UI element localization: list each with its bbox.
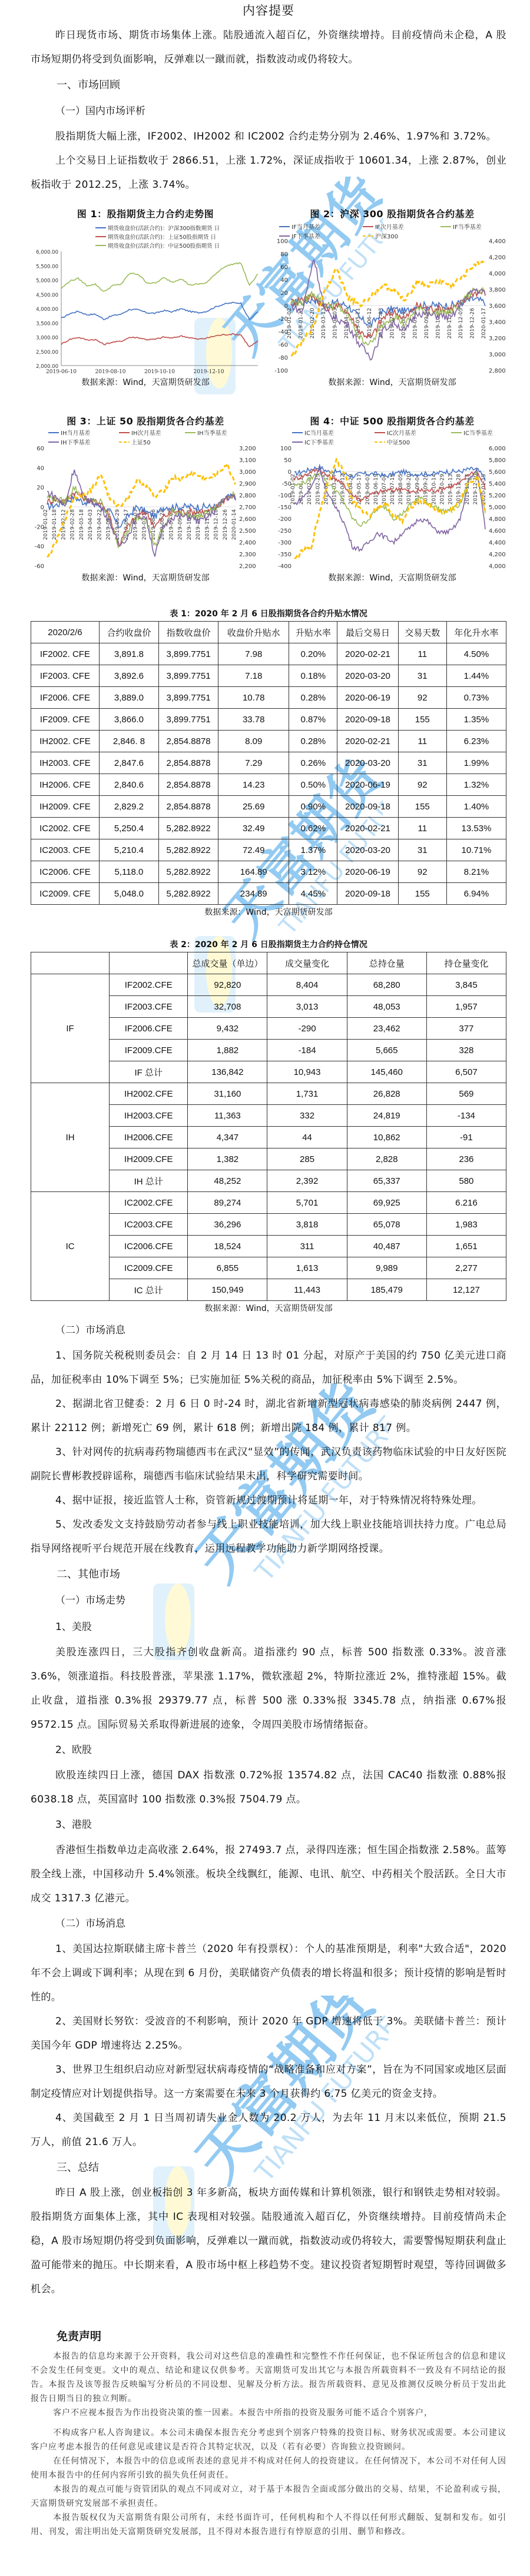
series-line: [291, 260, 485, 360]
svg-text:6,000.00: 6,000.00: [36, 250, 58, 255]
table-cell: -134: [426, 1105, 506, 1127]
table-cell: 2020-09-18: [337, 796, 398, 818]
series-line: [61, 334, 258, 347]
table-cell: 2020-02-21: [337, 643, 398, 665]
table-cell: 3,891.8: [99, 643, 158, 665]
svg-text:100: 100: [280, 446, 291, 452]
table-row: IH2003. CFE2,847.62,854.88787.290.26%202…: [31, 752, 506, 774]
table-cell: 2020-09-18: [337, 709, 398, 731]
chart-3: 图 3：上证 50 股指期货各合约基差 IH当月基差IH次月基差IH当季基差IH…: [31, 414, 260, 587]
table-cell: 3,845: [426, 974, 506, 996]
us-stocks-paragraph: 美股连涨四日，三大股指齐创收盘新高。道指涨约 90 点，标普 500 指数涨 0…: [31, 1641, 506, 1737]
table-1-source: 数据来源：Wind，天富期货研发部: [31, 905, 506, 921]
table-cell: IC2006.CFE: [110, 1236, 188, 1257]
legend-label: IF次月基差: [375, 223, 404, 231]
table-cell: 0.62%: [289, 818, 337, 839]
svg-text:4,400: 4,400: [489, 238, 506, 245]
legend-label: IF当季基差: [453, 223, 482, 231]
table-cell: IC2009. CFE: [31, 883, 100, 905]
disclaimer-paragraph: 在任何情况下，本报告中的信息或所表述的意见并不构成对任何人的投资建议。在任何情况…: [31, 2454, 506, 2482]
table-cell: 6.23%: [446, 731, 506, 752]
table-header-row: 2020/2/6合约收盘价指数收盘价收盘价升贴水升贴水率最后交易日交易天数年化升…: [31, 622, 506, 643]
svg-text:2019-03-13: 2019-03-13: [321, 308, 327, 338]
svg-text:5,200: 5,200: [489, 493, 506, 499]
table-cell: 3,899.7751: [159, 687, 218, 709]
table-cell: 5,665: [347, 1040, 426, 1061]
disclaimer-paragraph: 本报告的观点可能与资管团队的观点不同或对立，对于基于本报告全面或部分做出的交易、…: [31, 2482, 506, 2511]
international-news-list: 1、美国达拉斯联储主席卡普兰（2020 年有投票权）：个人的基准预期是，利率"大…: [31, 1937, 506, 2155]
table-cell: 5,210.4: [99, 839, 158, 861]
table-row: IC2002. CFE5,250.45,282.892232.490.62%20…: [31, 818, 506, 839]
column-header: 指数收盘价: [159, 622, 218, 643]
legend-label: 期货收盘价(活跃合约)：中证500股指期货 日: [108, 243, 220, 250]
table-cell: 328: [426, 1040, 506, 1061]
table-cell: 0.20%: [289, 643, 337, 665]
svg-text:2019-06-19: 2019-06-19: [373, 474, 379, 505]
table-cell: 2,847.6: [99, 752, 158, 774]
table-cell: 2,854.8878: [159, 752, 218, 774]
news-item: 1、美国达拉斯联储主席卡普兰（2020 年有投票权）：个人的基准预期是，利率"大…: [31, 1937, 506, 2010]
table-cell: 8.21%: [446, 861, 506, 883]
table-cell: 36,296: [188, 1214, 267, 1236]
chart-title: 图 3：上证 50 股指期货各合约基差: [31, 414, 260, 428]
table-cell: 48,252: [188, 1170, 267, 1192]
table-cell: 9,432: [188, 1018, 267, 1040]
news-item: 2、美国财长努钦：受波音的不利影响，预计 2020 年 GDP 增速将低于 3%…: [31, 2010, 506, 2058]
table-cell: 69,925: [347, 1192, 426, 1214]
legend-label: IC当月基差: [304, 429, 334, 437]
table-cell: 31,160: [188, 1083, 267, 1105]
svg-text:5,800: 5,800: [489, 457, 506, 464]
svg-text:-100: -100: [278, 493, 291, 499]
table-cell: 1.35%: [446, 709, 506, 731]
chart-4-plot: IC当月基差IC次月基差IC当季基差IC下季基差中证500-400-350-30…: [274, 428, 510, 570]
table-cell: 11: [398, 731, 446, 752]
column-header: 年化升水率: [446, 622, 506, 643]
table-cell: 1,651: [426, 1236, 506, 1257]
table-cell: IF2009.CFE: [110, 1040, 188, 1061]
spacer: [31, 2420, 506, 2426]
table-cell: 5,282.8922: [159, 861, 218, 883]
group-label-cell: IH: [31, 1083, 110, 1192]
table-row: IH2009. CFE2,829.22,854.887825.690.90%20…: [31, 796, 506, 818]
svg-text:-100: -100: [274, 368, 288, 374]
table-cell: 2,854.8878: [159, 774, 218, 796]
table-cell: IF2006.CFE: [110, 1018, 188, 1040]
table-cell: 285: [267, 1148, 347, 1170]
svg-text:2019-02-28: 2019-02-28: [70, 509, 76, 540]
column-header: 升贴水率: [289, 622, 337, 643]
svg-text:2,900: 2,900: [239, 481, 256, 487]
index-paragraph: 上个交易日上证指数收于 2866.51，上涨 1.72%，深证成指收于 1060…: [31, 149, 506, 197]
legend-label: 沪深300: [375, 233, 398, 240]
chart-source: 数据来源：Wind，天富期货研发部: [274, 375, 510, 391]
section-heading-market-review: 一、市场回顾: [31, 72, 506, 98]
svg-text:2019-02-25: 2019-02-25: [315, 474, 321, 504]
table-cell: 4,347: [188, 1127, 267, 1148]
series-line: [291, 288, 485, 345]
table-cell: IH2009. CFE: [31, 796, 100, 818]
table-cell: -91: [426, 1127, 506, 1148]
eu-stocks-heading: 2、欧股: [31, 1737, 506, 1764]
svg-text:-40: -40: [35, 544, 44, 550]
svg-text:3,500.00: 3,500.00: [36, 321, 58, 327]
table-cell: IF2002.CFE: [110, 974, 188, 996]
svg-text:20: 20: [37, 485, 44, 492]
table-cell: IH2006. CFE: [31, 774, 100, 796]
open-interest-table: 总成交量（单边）成交量变化总持仓量持仓量变化 IFIF2002.CFE92,82…: [31, 952, 506, 1301]
table-cell: 25.69: [218, 796, 289, 818]
legend-label: IC当季基差: [463, 429, 493, 437]
table-cell: 3,013: [267, 996, 347, 1018]
table-cell: 1,983: [426, 1214, 506, 1236]
column-header: [31, 952, 110, 974]
table-cell: 0.18%: [289, 665, 337, 687]
svg-text:2019-11-13: 2019-11-13: [448, 474, 454, 504]
table-cell: 1.44%: [446, 665, 506, 687]
news-item: 4、据中证报，接近监管人士称，资管新规过渡期预计将延期一年，对于特殊情况将特殊处…: [31, 1489, 506, 1513]
us-stocks-heading: 1、美股: [31, 1614, 506, 1641]
table-cell: 6,855: [188, 1257, 267, 1279]
hk-stocks-paragraph: 香港恒生指数单边走高收涨 2.64%，报 27493.7 点，录得四连涨；恒生国…: [31, 1838, 506, 1911]
column-header: 总持仓量: [347, 952, 426, 974]
table-cell: 185,479: [347, 1279, 426, 1301]
table-cell: 1,731: [267, 1083, 347, 1105]
svg-text:2019-12-05: 2019-12-05: [458, 308, 464, 338]
table-cell: 33.78: [218, 709, 289, 731]
legend-label: 期货收盘价(活跃合约)：上证50股指期货 日: [108, 234, 216, 241]
table-cell: IC2002.CFE: [110, 1192, 188, 1214]
column-header: 总成交量（单边）: [188, 952, 267, 974]
svg-text:2,400: 2,400: [239, 540, 256, 546]
svg-text:2019-01-02: 2019-01-02: [43, 509, 49, 540]
table-cell: 2,829.2: [99, 796, 158, 818]
table-cell: IH2002. CFE: [31, 731, 100, 752]
svg-text:3,200: 3,200: [239, 446, 256, 452]
table-2-title: 表 2：2020 年 2 月 6 日股指期货主力合约持仓情况: [31, 938, 506, 952]
table-row: IH2002. CFE2,846. 82,854.88788.090.28%20…: [31, 731, 506, 752]
table-cell: 4.45%: [289, 883, 337, 905]
table-cell: IC2009.CFE: [110, 1257, 188, 1279]
table-2-source: 数据来源：Wind，天富期货研发部: [31, 1301, 506, 1317]
chart-title: 图 4：中证 500 股指期货各合约基差: [274, 414, 510, 428]
table-cell: 48,053: [347, 996, 426, 1018]
legend-label: 上证50: [131, 439, 151, 446]
svg-text:2,800: 2,800: [489, 368, 506, 374]
table-cell: 8,404: [267, 974, 347, 996]
table-cell: 2020-06-19: [337, 861, 398, 883]
table-cell: 2,828: [347, 1148, 426, 1170]
table-cell: 3,889.0: [99, 687, 158, 709]
legend-label: IC下季基差: [304, 439, 334, 446]
table-cell: 2020-06-19: [337, 774, 398, 796]
summary-paragraph: 昨日现货市场、期货市场集体上涨。陆股通流入超百亿，外资继续增持。目前疫情尚未企稳…: [31, 24, 506, 72]
svg-text:2,200: 2,200: [239, 563, 256, 570]
svg-text:5,000.00: 5,000.00: [36, 278, 58, 284]
table-row: ICIC2002.CFE89,2745,70169,9256.216: [31, 1192, 506, 1214]
svg-text:2019-08-20: 2019-08-20: [406, 474, 412, 505]
svg-text:40: 40: [280, 277, 288, 284]
table-cell: 0.87%: [289, 709, 337, 731]
table-cell: 1,613: [267, 1257, 347, 1279]
chart-2-plot: IF当月基差IF次月基差IF当季基差IF下季基差沪深300-100-80-60-…: [274, 221, 510, 375]
table-cell: 11: [398, 818, 446, 839]
conclusion-paragraph: 昨日 A 股上涨，创业板指创 3 年多新高，板块方面传媒和计算机领涨，银行和钢铁…: [31, 2181, 506, 2302]
svg-text:6,000: 6,000: [489, 446, 506, 452]
table-cell: 11,443: [267, 1279, 347, 1301]
chart-4: 图 4：中证 500 股指期货各合约基差 IC当月基差IC次月基差IC当季基差I…: [274, 414, 510, 587]
table-cell: 26,828: [347, 1083, 426, 1105]
table-cell: 92: [398, 687, 446, 709]
svg-text:4,600: 4,600: [489, 528, 506, 535]
table-cell: 3.12%: [289, 861, 337, 883]
table-cell: IH2003. CFE: [31, 752, 100, 774]
table-row: IF2009. CFE3,866.03,899.775133.780.87%20…: [31, 709, 506, 731]
svg-text:2019-03-18: 2019-03-18: [79, 509, 85, 540]
table-cell: IF 总计: [110, 1061, 188, 1083]
section-heading-summary: 三、总结: [31, 2155, 506, 2181]
svg-text:-60: -60: [279, 342, 288, 348]
table-cell: 1.99%: [446, 752, 506, 774]
legend-label: IF下季基差: [291, 233, 320, 240]
chart-3-plot: IH当月基差IH次月基差IH当季基差IH下季基差上证50-60-40-20020…: [31, 428, 260, 570]
svg-text:3,000: 3,000: [239, 469, 256, 476]
svg-text:2,700: 2,700: [239, 504, 256, 511]
table-cell: 580: [426, 1170, 506, 1192]
table-cell: 65,337: [347, 1170, 426, 1192]
table-cell: 164.89: [218, 861, 289, 883]
table-cell: 155: [398, 796, 446, 818]
table-cell: IH2002.CFE: [110, 1083, 188, 1105]
eu-stocks-paragraph: 欧股连续四日上涨，德国 DAX 指数涨 0.72%报 13574.82 点，法国…: [31, 1764, 506, 1812]
column-header: [110, 952, 188, 974]
table-cell: 3,899.7751: [159, 665, 218, 687]
table-row: IC2006. CFE5,118.05,282.8922164.893.12%2…: [31, 861, 506, 883]
table-row: IHIH2002.CFE31,1601,73126,828569: [31, 1083, 506, 1105]
table-cell: 7.29: [218, 752, 289, 774]
svg-text:20: 20: [280, 290, 288, 297]
chart-title: 图 1：股指期货主力合约走势图: [31, 207, 260, 221]
table-cell: 5,282.8922: [159, 818, 218, 839]
legend-label: IH次月基差: [131, 429, 161, 437]
svg-text:2019-10-10: 2019-10-10: [144, 369, 175, 375]
svg-text:4,400: 4,400: [489, 540, 506, 546]
table-row: IH2006. CFE2,840.62,854.887814.230.50%20…: [31, 774, 506, 796]
svg-text:2019-04-03: 2019-04-03: [88, 509, 94, 540]
table-cell: 0.90%: [289, 796, 337, 818]
svg-text:5,500.00: 5,500.00: [36, 264, 58, 270]
svg-text:-350: -350: [278, 552, 291, 558]
svg-text:2020-01-17: 2020-01-17: [481, 308, 487, 338]
svg-text:3,000: 3,000: [489, 352, 506, 358]
news-item: 2、据湖北省卫健委：2 月 6 日 0 时-24 时，湖北省新增新型冠状病毒感染…: [31, 1392, 506, 1440]
subsection-heading-intl-news: （二）市场消息: [31, 1911, 506, 1937]
table-cell: IH2009.CFE: [110, 1148, 188, 1170]
table-cell: IC 总计: [110, 1279, 188, 1301]
svg-text:2019-08-10: 2019-08-10: [95, 369, 126, 375]
svg-text:2019-04-03: 2019-04-03: [333, 308, 339, 338]
table-cell: 31: [398, 839, 446, 861]
svg-text:-250: -250: [278, 528, 291, 535]
svg-text:2019-07-04: 2019-07-04: [382, 474, 387, 505]
table-cell: 1,882: [188, 1040, 267, 1061]
table-cell: 9,989: [347, 1257, 426, 1279]
table-cell: 68,280: [347, 974, 426, 996]
table-cell: 6.216: [426, 1192, 506, 1214]
table-cell: 3,899.7751: [159, 643, 218, 665]
svg-text:2,500: 2,500: [239, 528, 256, 535]
svg-text:3,400: 3,400: [489, 320, 506, 326]
table-cell: 2,392: [267, 1170, 347, 1192]
table-cell: 13.53%: [446, 818, 506, 839]
table-cell: 2,846. 8: [99, 731, 158, 752]
table-cell: IF2003.CFE: [110, 996, 188, 1018]
svg-text:3,000.00: 3,000.00: [36, 336, 58, 341]
column-header: 合约收盘价: [99, 622, 158, 643]
domestic-news-list: 1、国务院关税税则委员会：自 2 月 14 日 13 时 01 分起，对原产于美…: [31, 1344, 506, 1561]
table-cell: IC2002. CFE: [31, 818, 100, 839]
legend-label: IH当季基差: [197, 429, 227, 437]
table-cell: 40,487: [347, 1236, 426, 1257]
svg-text:3,100: 3,100: [239, 457, 256, 464]
svg-text:2,800: 2,800: [239, 493, 256, 499]
table-cell: 24,819: [347, 1105, 426, 1127]
table-cell: 1.32%: [446, 774, 506, 796]
table-cell: 145,460: [347, 1061, 426, 1083]
chart-title: 图 2：沪深 300 股指期货各合约基差: [274, 207, 510, 221]
table-cell: 6.94%: [446, 883, 506, 905]
table-cell: 377: [426, 1018, 506, 1040]
legend-label: 期货收盘价(活跃合约)：沪深300指数期货 日: [108, 225, 220, 232]
svg-text:80: 80: [280, 251, 288, 258]
table-cell: 0.50%: [289, 774, 337, 796]
table-cell: 5,701: [267, 1192, 347, 1214]
table-cell: IC2006. CFE: [31, 861, 100, 883]
svg-text:4,000: 4,000: [489, 271, 506, 277]
futures-paragraph: 股指期货大幅上涨，IF2002、IH2002 和 IC2002 合约走势分别为 …: [31, 125, 506, 149]
svg-text:4,000: 4,000: [489, 563, 506, 570]
table-cell: 0.28%: [289, 687, 337, 709]
table-cell: 2020-03-20: [337, 752, 398, 774]
table-cell: 4.50%: [446, 643, 506, 665]
subsection-heading-trend: （一）市场走势: [31, 1588, 506, 1614]
table-cell: IH2006.CFE: [110, 1127, 188, 1148]
section-heading-other-markets: 二、其他市场: [31, 1561, 506, 1588]
hk-stocks-heading: 3、港股: [31, 1812, 506, 1838]
table-cell: IF2006. CFE: [31, 687, 100, 709]
table-cell: 1.40%: [446, 796, 506, 818]
page-title: 内容提要: [31, 0, 506, 24]
table-cell: 0.26%: [289, 752, 337, 774]
svg-text:-150: -150: [278, 504, 291, 511]
subsection-heading-news: （二）市场消息: [31, 1317, 506, 1344]
table-cell: 2,277: [426, 1257, 506, 1279]
table-cell: 5,048.0: [99, 883, 158, 905]
table-cell: 1,957: [426, 996, 506, 1018]
svg-text:3,600: 3,600: [489, 303, 506, 310]
group-label-cell: IF: [31, 974, 110, 1083]
legend-label: IH当月基差: [61, 429, 90, 437]
svg-text:4,000.00: 4,000.00: [36, 307, 58, 313]
column-header: 最后交易日: [337, 622, 398, 643]
chart-source: 数据来源：Wind，天富期货研发部: [31, 375, 260, 391]
table-cell: 2,840.6: [99, 774, 158, 796]
legend-label: IC次月基差: [387, 429, 416, 437]
table-cell: 569: [426, 1083, 506, 1105]
svg-text:-60: -60: [35, 563, 44, 570]
table-cell: 6,507: [426, 1061, 506, 1083]
table-cell: 155: [398, 709, 446, 731]
series-line: [61, 302, 258, 320]
column-header: 交易天数: [398, 622, 446, 643]
table-cell: 332: [267, 1105, 347, 1127]
svg-text:2,600: 2,600: [239, 516, 256, 523]
table-cell: 3,892.6: [99, 665, 158, 687]
table-cell: 2,854.8878: [159, 796, 218, 818]
table-cell: 7.18: [218, 665, 289, 687]
table-header-row: 总成交量（单边）成交量变化总持仓量持仓量变化: [31, 952, 506, 974]
table-cell: 311: [267, 1236, 347, 1257]
table-cell: 8.09: [218, 731, 289, 752]
table-cell: 5,250.4: [99, 818, 158, 839]
table-cell: 2020-09-18: [337, 883, 398, 905]
svg-text:60: 60: [37, 446, 44, 452]
svg-text:3,800: 3,800: [489, 287, 506, 294]
table-cell: 2020-02-21: [337, 731, 398, 752]
legend-label: IH下季基差: [61, 439, 90, 446]
table-cell: 18,524: [188, 1236, 267, 1257]
table-row: IF2003. CFE3,892.63,899.77517.180.18%202…: [31, 665, 506, 687]
table-cell: 11,363: [188, 1105, 267, 1127]
svg-text:100: 100: [277, 238, 288, 245]
table-cell: -184: [267, 1040, 347, 1061]
svg-text:5,600: 5,600: [489, 469, 506, 476]
svg-text:4,200: 4,200: [489, 552, 506, 558]
chart-2: 图 2：沪深 300 股指期货各合约基差 IF当月基差IF次月基差IF当季基差I…: [274, 207, 510, 391]
table-cell: 234.89: [218, 883, 289, 905]
news-item: 1、国务院关税税则委员会：自 2 月 14 日 13 时 01 分起，对原产于美…: [31, 1344, 506, 1392]
basis-table: 2020/2/6合约收盘价指数收盘价收盘价升贴水升贴水率最后交易日交易天数年化升…: [31, 621, 506, 905]
news-item: 3、世界卫生组织启动应对新型冠状病毒疫情的“战略准备和应对方案”，旨在为不同国家…: [31, 2058, 506, 2106]
table-cell: 5,282.8922: [159, 883, 218, 905]
table-cell: 3,818: [267, 1214, 347, 1236]
table-cell: 1.37%: [289, 839, 337, 861]
chart-source: 数据来源：Wind，天富期货研发部: [274, 570, 510, 587]
svg-text:-400: -400: [278, 563, 291, 570]
table-cell: 31: [398, 665, 446, 687]
svg-text:2019-01-02: 2019-01-02: [287, 308, 293, 338]
table-cell: IC2003. CFE: [31, 839, 100, 861]
table-cell: 155: [398, 883, 446, 905]
table-cell: IF2003. CFE: [31, 665, 100, 687]
table-cell: 23,462: [347, 1018, 426, 1040]
table-cell: 5,282.8922: [159, 839, 218, 861]
svg-text:2,500.00: 2,500.00: [36, 350, 58, 356]
svg-text:2020-01-14: 2020-01-14: [231, 509, 237, 540]
table-cell: 10.71%: [446, 839, 506, 861]
table-cell: IH2003.CFE: [110, 1105, 188, 1127]
table-cell: 10.78: [218, 687, 289, 709]
svg-text:50: 50: [284, 457, 291, 464]
svg-text:5,000: 5,000: [489, 504, 506, 511]
charts-grid: 图 1：股指期货主力合约走势图 期货收盘价(活跃合约)：沪深300指数期货 日期…: [31, 207, 506, 587]
table-cell: 92,820: [188, 974, 267, 996]
table-cell: 2020-06-19: [337, 687, 398, 709]
table-cell: 3,866.0: [99, 709, 158, 731]
svg-text:4,800: 4,800: [489, 516, 506, 523]
table-cell: 32,708: [188, 996, 267, 1018]
svg-text:2019-12-26: 2019-12-26: [223, 509, 228, 540]
